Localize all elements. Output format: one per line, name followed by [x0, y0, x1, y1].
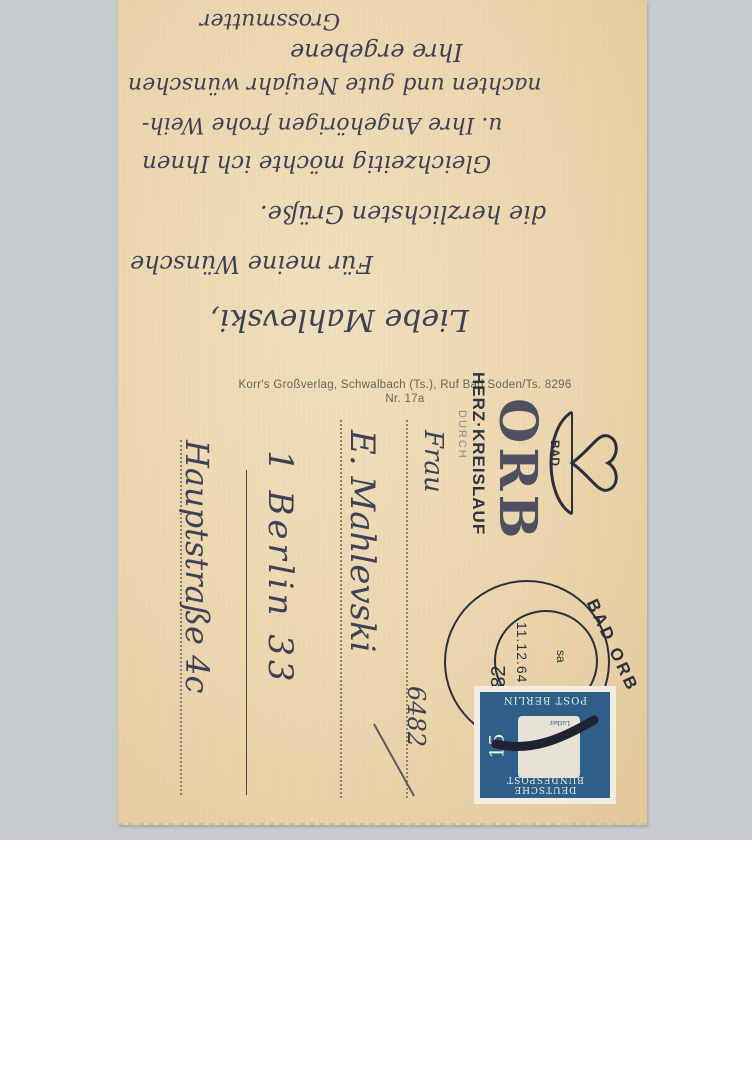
message-line: Ihre ergebene	[290, 38, 463, 66]
postmark-code: sa	[554, 650, 568, 663]
stamp-bottom-text: POST BERLIN	[480, 694, 610, 705]
cachet-bad: BAD	[548, 440, 562, 466]
publisher-imprint: Korr's Großverlag, Schwalbach (Ts.), Ruf…	[190, 378, 620, 406]
message-line: u. Ihre Angehörigen frohe Weih-	[142, 112, 503, 137]
handwritten-message: Grossmutter Ihre ergebene nachten und gu…	[120, 0, 645, 370]
publisher-line: Korr's Großverlag, Schwalbach (Ts.), Ruf…	[190, 378, 620, 392]
address-line	[246, 470, 247, 795]
message-line: nachten und gute Neujahr wünschen	[128, 72, 542, 97]
postmark-date: 11.12.64	[514, 622, 530, 683]
card-number: Nr. 17a	[190, 392, 620, 406]
cancel-bar	[490, 712, 600, 762]
message-line: Grossmutter	[200, 8, 340, 33]
message-line: Für meine Wünsche	[130, 250, 373, 278]
message-line: die herzlichsten Grüße.	[260, 200, 546, 228]
cachet-slogan: HERZ·KREISLAUF	[468, 372, 488, 535]
address-line4: Hauptstraße 4c	[178, 440, 216, 693]
address-line1: Frau	[418, 430, 448, 493]
address-line2: E. Mahlevski	[342, 430, 382, 653]
cachet-orb: ORB	[487, 398, 548, 542]
address-line3: 1 Berlin 33	[260, 450, 300, 686]
message-line: Gleichzeitig möchte ich Ihnen	[142, 150, 491, 176]
message-line: Liebe Mahlevski,	[210, 302, 469, 337]
pencil-stroke	[370, 720, 420, 800]
cachet-slogan-faint: DURCH	[456, 410, 468, 460]
